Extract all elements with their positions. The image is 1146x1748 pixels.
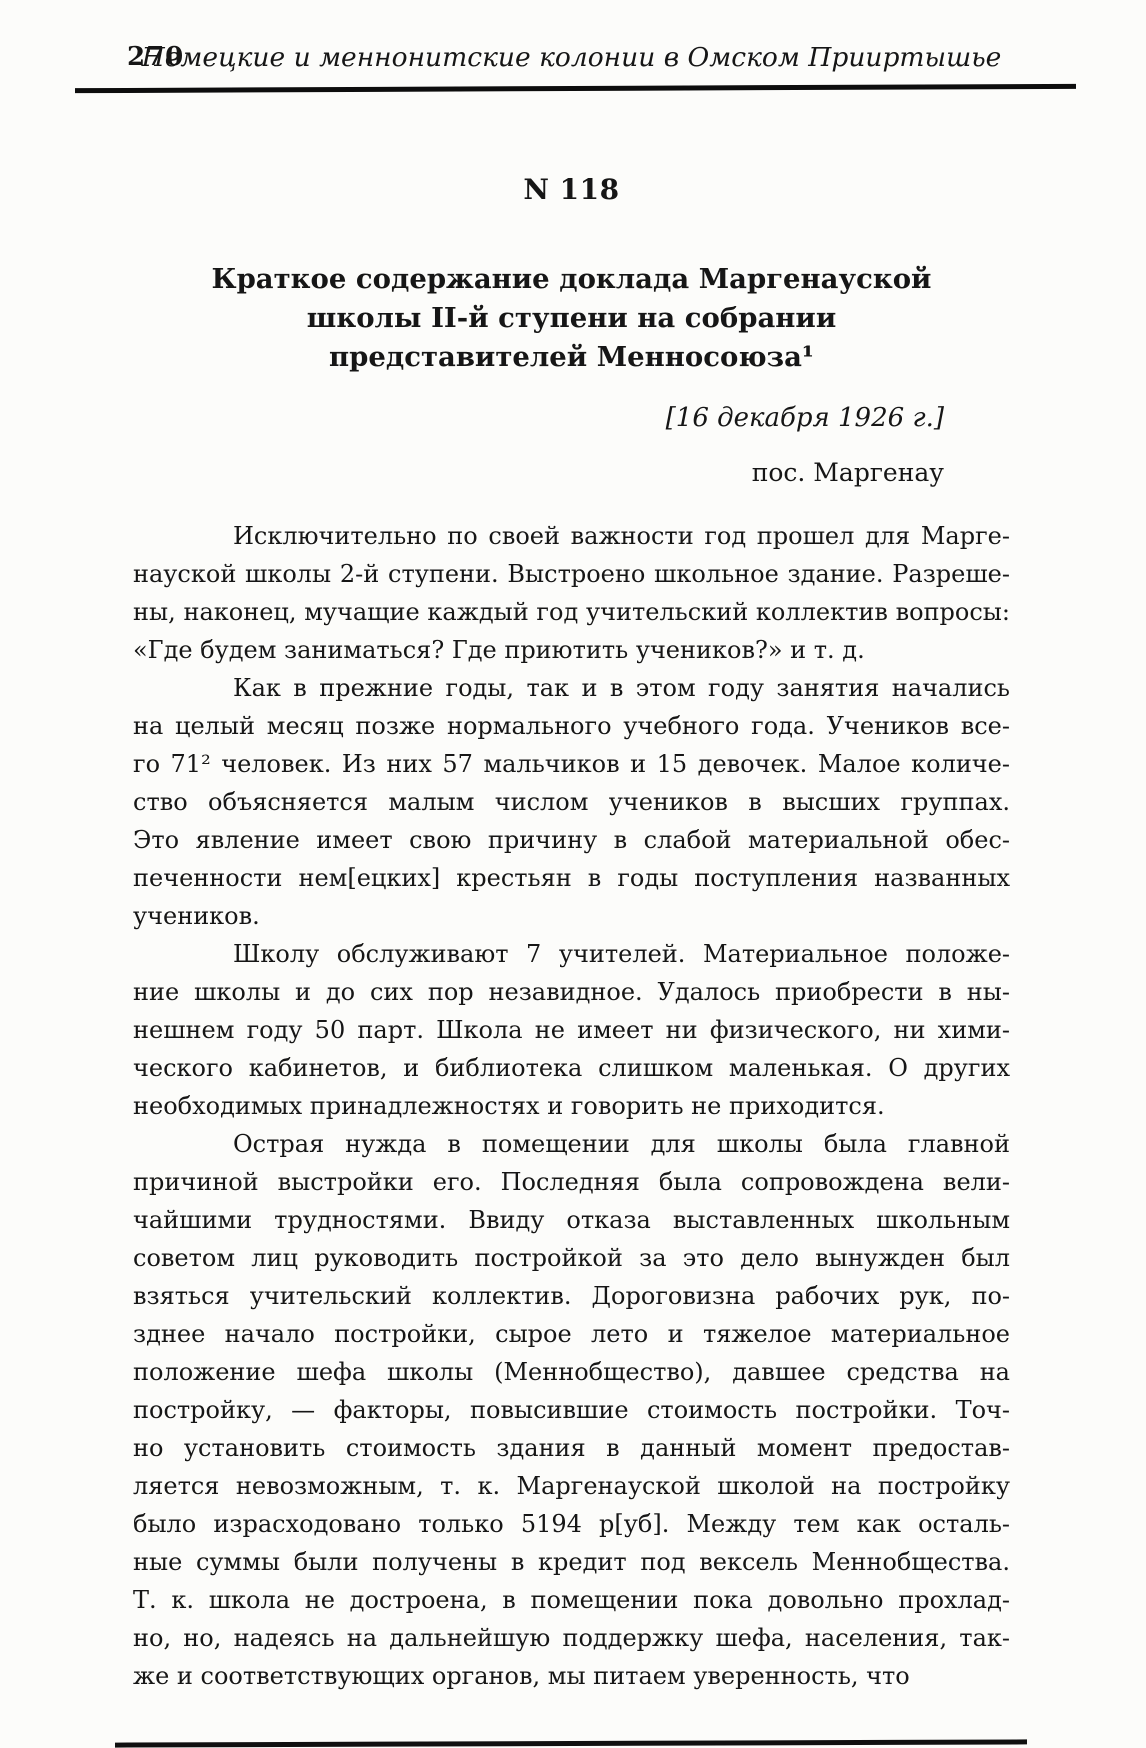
text-line: Острая нужда в помещении для школы была … [133,1125,1010,1163]
document-body: Исключительно по своей важности год прош… [133,517,1010,1695]
text-line: печенности нем[ецких] крестьян в годы по… [133,859,1010,897]
page-number: 270 [127,42,184,72]
text-line: было израсходовано только 5194 р[уб]. Ме… [133,1505,1010,1543]
text-line: зднее начало постройки, сырое лето и тяж… [133,1315,1010,1353]
text-line: нешнем году 50 парт. Школа не имеет ни ф… [133,1011,1010,1049]
text-line: на целый месяц позже нормального учебног… [133,707,1010,745]
text-line: науской школы 2-й ступени. Выстроено шко… [133,555,1010,593]
text-line: советом лиц руководить постройкой за это… [133,1239,1010,1277]
text-line: учеников. [133,897,1010,935]
document-page: 270 Немецкие и меннонитские колонии в Ом… [0,0,1146,1748]
text-line: Школу обслуживают 7 учителей. Материальн… [133,935,1010,973]
text-line: «Где будем заниматься? Где приютить учен… [133,631,1010,669]
document-number: N 118 [133,173,1010,206]
text-line: ны, наконец, мучащие каждый год учительс… [133,593,1010,631]
text-line: Как в прежние годы, так и в этом году за… [133,669,1010,707]
text-line: постройку, — факторы, повысившие стоимос… [133,1391,1010,1429]
text-line: ство объясняется малым числом учеников в… [133,783,1010,821]
text-line: ные суммы были получены в кредит под век… [133,1543,1010,1581]
document-place: пос. Маргенау [133,458,1010,487]
text-line: необходимых принадлежностях и говорить н… [133,1087,1010,1125]
text-line: взяться учительский коллектив. Дороговиз… [133,1277,1010,1315]
document-title: Краткое содержание доклада Маргенауской … [133,260,1010,377]
text-line: причиной выстройки его. Последняя была с… [133,1163,1010,1201]
document-date: [16 декабря 1926 г.] [133,403,1010,433]
document-title-line: представителей Менносоюза¹ [133,338,1010,377]
text-line: Исключительно по своей важности год прош… [133,517,1010,555]
text-line: чайшими трудностями. Ввиду отказа выстав… [133,1201,1010,1239]
header-rule [75,84,1076,93]
text-line: Т. к. школа не достроена, в помещении по… [133,1581,1010,1619]
text-line: го 71² человек. Из них 57 мальчиков и 15… [133,745,1010,783]
document-title-line: Краткое содержание доклада Маргенауской [133,260,1010,299]
scan-edge-artifact [115,1739,1027,1747]
text-line: ляется невозможным, т. к. Маргенауской ш… [133,1467,1010,1505]
text-line: но установить стоимость здания в данный … [133,1429,1010,1467]
text-line: ние школы и до сих пор незавидное. Удало… [133,973,1010,1011]
text-line: Это явление имеет свою причину в слабой … [133,821,1010,859]
running-title: Немецкие и меннонитские колонии в Омском… [133,40,1010,73]
text-line: же и соответствующих органов, мы питаем … [133,1657,1010,1695]
text-line: ческого кабинетов, и библиотека слишком … [133,1049,1010,1087]
text-line: положение шефа школы (Меннобщество), дав… [133,1353,1010,1391]
running-header: 270 Немецкие и меннонитские колонии в Ом… [133,40,1010,80]
document-title-line: школы II-й ступени на собрании [133,299,1010,338]
text-line: но, но, надеясь на дальнейшую поддержку … [133,1619,1010,1657]
